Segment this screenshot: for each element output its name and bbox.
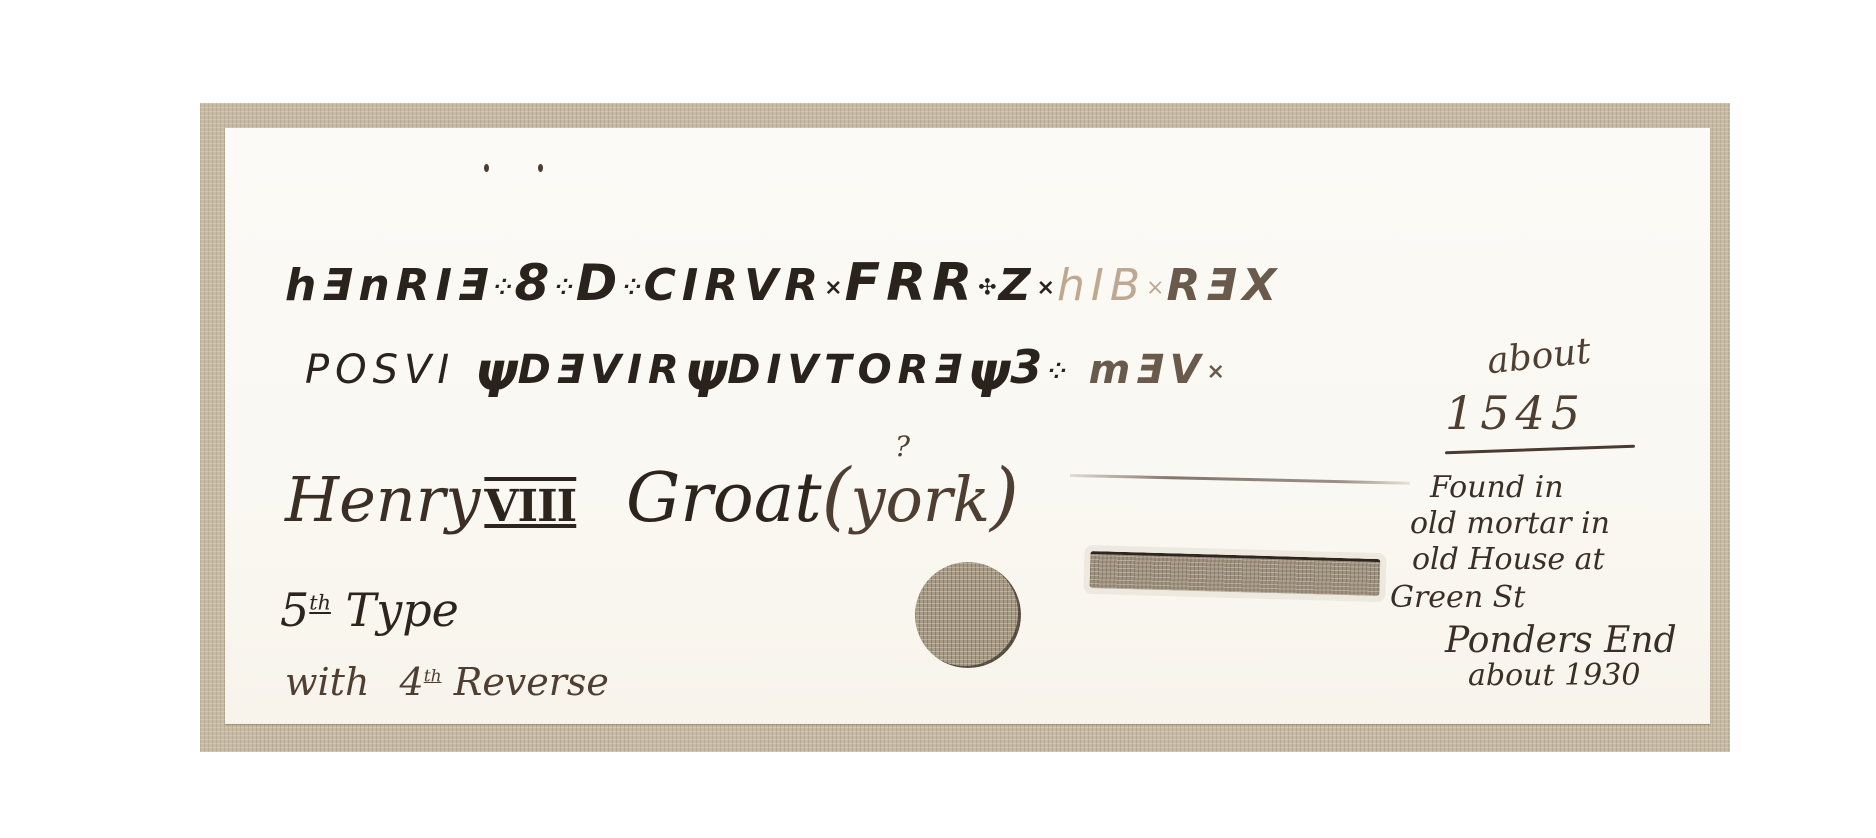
obverse-legend: hƎnRIƎ⁘8⁘D⁘CIRVR×FRR✣Z×hIB×RƎX xyxy=(285,253,1282,313)
reverse-classification: with 4th Reverse xyxy=(285,660,609,704)
legend-word: CIRVR xyxy=(644,260,824,311)
reverse-legend: POSVI ΨDƎVIRΨDIVTORƎΨ3⁘ mƎV× xyxy=(305,340,1227,394)
reverse-prefix: with xyxy=(285,660,369,704)
legend-word: 8 xyxy=(514,254,555,312)
legend-separator: × xyxy=(1037,276,1057,301)
provenance-line: Ponders End xyxy=(1445,623,1677,659)
denomination: Groat xyxy=(626,459,822,538)
provenance-line: about 1930 xyxy=(1468,661,1677,691)
trefoil-stop-icon: Ψ xyxy=(685,355,727,405)
trefoil-stop-icon: Ψ xyxy=(475,355,517,405)
trefoil-stop-icon: Ψ xyxy=(968,355,1010,405)
coin-viewing-hole xyxy=(915,562,1021,668)
provenance-line: Found in xyxy=(1430,473,1677,503)
legend-word: RƎX xyxy=(1166,260,1282,311)
legend-separator: ⁘ xyxy=(623,276,643,301)
provenance-line: Green St xyxy=(1390,583,1677,613)
legend-separator: × xyxy=(1146,276,1166,301)
legend-word: POSVI xyxy=(305,347,455,393)
reverse-number: 4 xyxy=(400,660,424,704)
type-number: 5 xyxy=(280,583,309,637)
type-suffix: th xyxy=(309,591,331,615)
legend-separator: ⁘ xyxy=(555,276,575,301)
legend-word: Z xyxy=(999,260,1037,311)
legend-separator: × xyxy=(824,276,844,301)
legend-word: mƎV xyxy=(1089,347,1207,393)
legend-separator: ⁘ xyxy=(494,276,514,301)
type-classification: 5th Type xyxy=(280,583,459,637)
ruler-name: Henry xyxy=(285,463,480,536)
date-prefix: about xyxy=(1485,331,1593,383)
legend-word: hƎnRIƎ xyxy=(285,260,494,311)
date-year: 1545 xyxy=(1445,386,1586,440)
legend-word: D xyxy=(576,254,624,312)
legend-word: DIVTORƎ xyxy=(727,347,967,393)
reverse-suffix: th xyxy=(424,666,442,686)
reverse-label: Reverse xyxy=(454,660,609,704)
legend-word-faint: hIB xyxy=(1057,260,1146,311)
legend-separator: ⁘ xyxy=(1048,360,1068,385)
mint-paren-close: ) xyxy=(990,453,1019,539)
coin-title: HenryVIII Groat(york) xyxy=(285,453,1019,539)
legend-separator: ✣ xyxy=(978,276,998,301)
legend-word: FRR xyxy=(845,253,979,313)
provenance-line: old mortar in xyxy=(1410,509,1677,539)
mint-query-mark: ? xyxy=(895,430,910,463)
legend-separator: × xyxy=(1207,360,1227,385)
provenance-line: old House at xyxy=(1412,545,1677,575)
mint-name: york xyxy=(850,463,990,536)
pin-dot-left xyxy=(484,164,489,172)
type-label: Type xyxy=(346,583,459,637)
pin-dot-right xyxy=(538,164,543,172)
regnal-numeral: VIII xyxy=(484,481,576,532)
provenance-note: Found in old mortar in old House at Gree… xyxy=(1390,473,1677,691)
legend-word: DƎVIR xyxy=(518,347,685,393)
legend-word: 3 xyxy=(1010,340,1048,394)
mint-paren-open: ( xyxy=(822,453,851,539)
